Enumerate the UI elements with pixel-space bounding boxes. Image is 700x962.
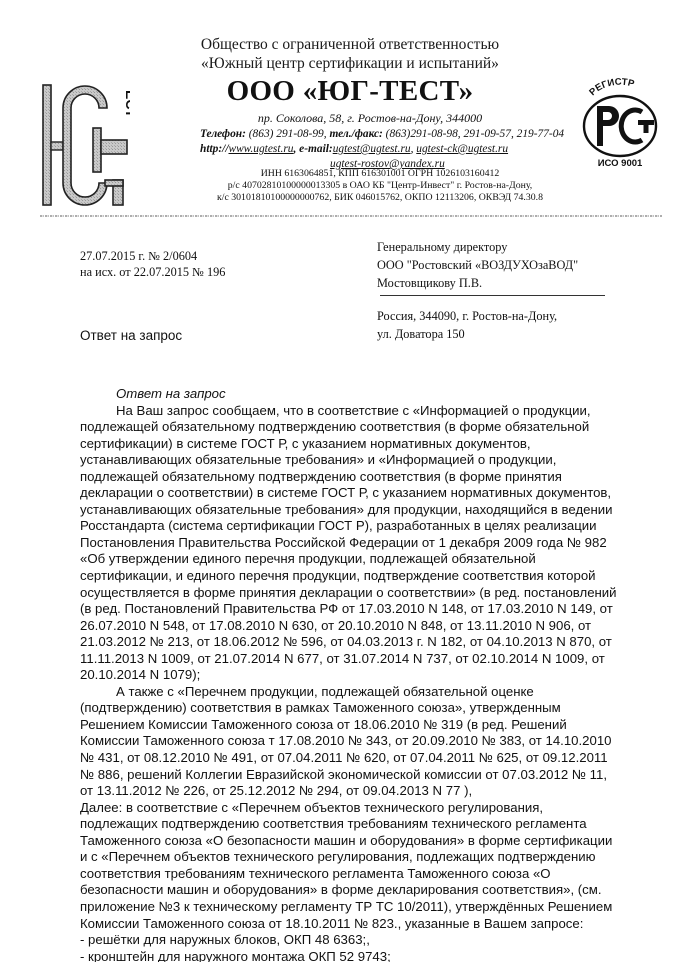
org-full-name-line1: Общество с ограниченной ответственностью	[0, 35, 700, 54]
addressee-address-line2: ул. Доватора 150	[377, 325, 465, 343]
svg-text:ИСО 9001: ИСО 9001	[598, 158, 643, 168]
body-line: 11.11.2013 N 1009, от 21.07.2014 N 677, …	[80, 651, 700, 668]
body-line: 20.10.2014 N 1079);	[80, 667, 700, 684]
body-line: сертификации) в системе ГОСТ Р, с указан…	[80, 436, 700, 453]
bank-details-line2: р/с 40702810100000013305 в ОАО КБ "Центр…	[180, 180, 580, 192]
body-line: Решением Комиссии Таможенного союза от 1…	[80, 717, 700, 734]
body-line: - решётки для наружных блоков, ОКП 48 63…	[80, 932, 700, 949]
website-link[interactable]: www.ugtest.ru	[228, 143, 293, 155]
body-line: № 431, от 08.12.2010 № 491, от 07.04.201…	[80, 750, 700, 767]
fax-label: тел./факс:	[329, 128, 382, 140]
body-line: подлежащих подтверждению соответствия тр…	[80, 816, 700, 833]
body-line: 21.03.2012 № 213, от 18.06.2012 № 596, о…	[80, 634, 700, 651]
body-line: 26.07.2010 N 548, от 17.08.2010 N 630, о…	[80, 618, 700, 635]
body-title: Ответ на запрос	[116, 386, 700, 403]
body-line: и с «Перечнем объектов технического регу…	[80, 849, 700, 866]
body-line: соответствия требованиям технического ре…	[80, 866, 700, 883]
company-phones: Телефон: (863) 291-08-99, тел./факс: (86…	[200, 128, 580, 140]
body-line: Росстандарта (система сертификации ГОСТ …	[80, 518, 700, 535]
letter-subject: Ответ на запрос	[80, 328, 182, 343]
body-line: (в ред. Постановлений Правительства РФ о…	[80, 601, 700, 618]
body-line: На Ваш запрос сообщаем, что в соответств…	[80, 403, 700, 420]
body-line: подлежащей обязательному подтверждению с…	[80, 419, 700, 436]
body-line: декларации о соответствии) в системе ГОС…	[80, 485, 700, 502]
body-line: (подтверждению) соответствия в рамках Та…	[80, 700, 700, 717]
body-line: приложение №3 к техническому регламенту …	[80, 899, 700, 916]
body-line: устанавливающих обязательные требования»…	[80, 452, 700, 469]
body-line: «Об утверждении единого перечня продукци…	[80, 551, 700, 568]
body-line: сертификации, и единого перечня продукци…	[80, 568, 700, 585]
body-line: Комиссии Таможенного союза т 17.08.2010 …	[80, 733, 700, 750]
body-line: Постановления Правительства Российской Ф…	[80, 535, 700, 552]
body-line: устанавливающих обязательные требования»…	[80, 502, 700, 519]
company-web-contacts: http://www.ugtest.ru, e-mail:ugtest@ugte…	[200, 143, 508, 155]
addressee-address-line1: Россия, 344090, г. Ростов-на-Дону,	[377, 307, 557, 325]
web-label: http://	[200, 143, 228, 155]
fax-value: (863)291-08-98, 291-09-57, 219-77-04	[383, 128, 564, 140]
company-address: пр. Соколова, 58, г. Ростов-на-Дону, 344…	[160, 111, 580, 126]
outgoing-reference: 27.07.2015 г. № 2/0604	[80, 248, 197, 264]
letter-body: Ответ на запрос На Ваш запрос сообщаем, …	[80, 386, 700, 962]
email-label: , e-mail:	[293, 143, 332, 155]
body-line: подлежащей обязательному подтверждению с…	[80, 469, 700, 486]
header-divider	[40, 215, 662, 217]
incoming-reference: на исх. от 22.07.2015 № 196	[80, 264, 225, 280]
body-line: осуществляется в форме принятия декларац…	[80, 585, 700, 602]
body-line: безопасности машин и оборудования» в фор…	[80, 882, 700, 899]
org-full-name-line2: «Южный центр сертификации и испытаний»	[0, 54, 700, 73]
addressee-name: Мостовщикову П.В.	[377, 274, 482, 292]
body-line: Далее: в соответствие с «Перечнем объект…	[80, 800, 700, 817]
body-line: Комиссии Таможенного союза от 18.10.2011…	[80, 916, 700, 933]
bank-details-line1: ИНН 6163064851, КПП 616301001 ОГРН 10261…	[180, 168, 580, 180]
addressee-company: ООО "Ростовский «ВОЗДУХОзаВОД"	[377, 256, 578, 274]
body-line: Таможенного союза «О безопасности машин …	[80, 833, 700, 850]
brand-name: ООО «ЮГ-ТЕСТ»	[0, 75, 700, 108]
bank-details-line3: к/с 30101810100000000762, БИК 046015762,…	[180, 192, 580, 204]
body-line: - кронштейн для наружного монтажа ОКП 52…	[80, 949, 700, 962]
email-link-1[interactable]: ugtest@ugtest.ru	[333, 143, 411, 155]
email-link-2[interactable]: ugtest-ck@ugtest.ru	[416, 143, 508, 155]
body-line: А также с «Перечнем продукции, подлежаще…	[80, 684, 700, 701]
addressee-divider	[380, 295, 605, 296]
body-paragraphs: На Ваш запрос сообщаем, что в соответств…	[80, 403, 700, 962]
body-line: от 13.11.2012 № 226, от 25.12.2012 № 294…	[80, 783, 700, 800]
addressee-position: Генеральному директору	[377, 238, 507, 256]
phone-label: Телефон:	[200, 128, 246, 140]
phone-value: (863) 291-08-99,	[246, 128, 330, 140]
body-line: № 886, решений Коллегии Евразийской экон…	[80, 767, 700, 784]
